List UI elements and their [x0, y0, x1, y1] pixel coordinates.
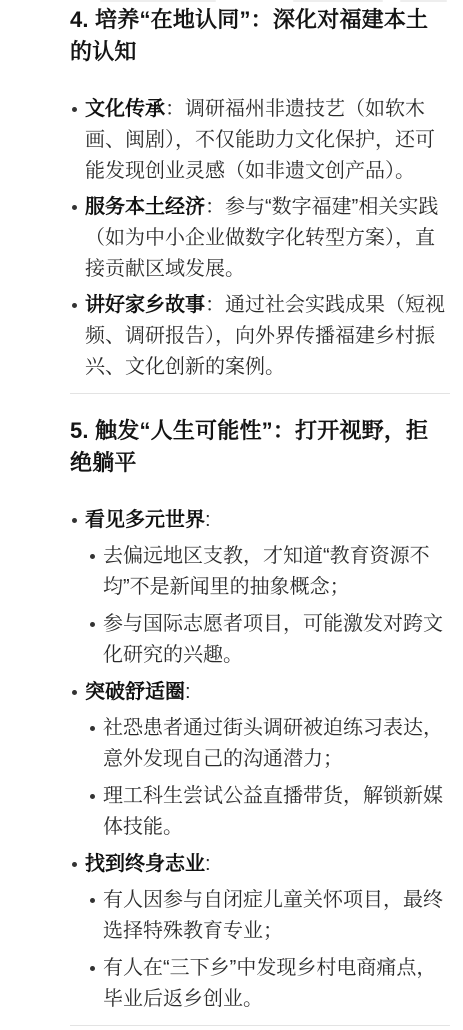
- bullet-term: 看见多元世界: [85, 509, 205, 531]
- sub-bullet-text: 去偏远地区支教，才知道“教育资源不均”不是新闻里的抽象概念；: [103, 541, 450, 603]
- bullet-rest: :: [185, 681, 191, 703]
- sub-bullet-text: 理工科生尝试公益直播带货，解锁新媒体技能。: [103, 781, 450, 843]
- bullet-marker: [90, 622, 95, 627]
- bullet-item: 看见多元世界:: [70, 505, 450, 536]
- sub-bullet-item: 参与国际志愿者项目，可能激发对跨文化研究的兴趣。: [88, 609, 450, 671]
- bullet-text: 讲好家乡故事：通过社会实践成果（短视频、调研报告），向外界传播福建乡村振兴、文化…: [85, 290, 450, 383]
- sub-bullet-item: 有人在“三下乡”中发现乡村电商痛点，毕业后返乡创业。: [88, 953, 450, 1015]
- sub-bullet-list: 有人因参与自闭症儿童关怀项目，最终选择特殊教育专业； 有人在“三下乡”中发现乡村…: [88, 885, 450, 1015]
- bullet-list-section-5: 看见多元世界: 去偏远地区支教，才知道“教育资源不均”不是新闻里的抽象概念； 参…: [70, 505, 450, 1015]
- bullet-marker: [90, 966, 95, 971]
- bullet-item: 讲好家乡故事：通过社会实践成果（短视频、调研报告），向外界传播福建乡村振兴、文化…: [70, 290, 450, 383]
- sub-bullet-text: 社恐患者通过街头调研被迫练习表达，意外发现自己的沟通潜力；: [103, 713, 450, 775]
- bullet-text: 突破舒适圈:: [85, 677, 450, 708]
- bullet-term: 讲好家乡故事: [85, 294, 205, 316]
- bullet-list-section-4: 文化传承：调研福州非遗技艺（如软木画、闽剧），不仅能助力文化保护，还可能发现创业…: [70, 94, 450, 383]
- bullet-marker: [72, 205, 77, 210]
- sub-bullet-text: 有人因参与自闭症儿童关怀项目，最终选择特殊教育专业；: [103, 885, 450, 947]
- sub-bullet-item: 有人因参与自闭症儿童关怀项目，最终选择特殊教育专业；: [88, 885, 450, 947]
- bullet-text: 服务本土经济：参与“数字福建”相关实践（如为中小企业做数字化转型方案），直接贡献…: [85, 192, 450, 285]
- bullet-marker: [90, 898, 95, 903]
- bullet-text: 看见多元世界:: [85, 505, 450, 536]
- document-body: 4. 培养“在地认同”：深化对福建本土的认知 文化传承：调研福州非遗技艺（如软木…: [0, 0, 463, 1026]
- sub-bullet-text: 有人在“三下乡”中发现乡村电商痛点，毕业后返乡创业。: [103, 953, 450, 1015]
- bullet-text: 找到终身志业:: [85, 849, 450, 880]
- bullet-marker: [90, 794, 95, 799]
- sub-bullet-list: 去偏远地区支教，才知道“教育资源不均”不是新闻里的抽象概念； 参与国际志愿者项目…: [88, 541, 450, 671]
- section-heading-5: 5. 触发“人生可能性”：打开视野，拒绝躺平: [70, 415, 450, 479]
- bullet-marker: [72, 690, 77, 695]
- cropped-text-fragment: [400, 0, 447, 2]
- cropped-text-artifact: [0, 0, 463, 4]
- section-heading-4: 4. 培养“在地认同”：深化对福建本土的认知: [70, 4, 450, 68]
- bullet-item: 文化传承：调研福州非遗技艺（如软木画、闽剧），不仅能助力文化保护，还可能发现创业…: [70, 94, 450, 187]
- section-divider: [70, 1025, 450, 1026]
- cropped-text-fragment: [293, 0, 383, 2]
- sub-bullet-item: 去偏远地区支教，才知道“教育资源不均”不是新闻里的抽象概念；: [88, 541, 450, 603]
- bullet-marker: [90, 554, 95, 559]
- bullet-term: 突破舒适圈: [85, 681, 185, 703]
- bullet-rest: :: [205, 509, 211, 531]
- bullet-item: 突破舒适圈:: [70, 677, 450, 708]
- bullet-term: 找到终身志业: [85, 853, 205, 875]
- bullet-marker: [72, 862, 77, 867]
- bullet-marker: [72, 518, 77, 523]
- bullet-text: 文化传承：调研福州非遗技艺（如软木画、闽剧），不仅能助力文化保护，还可能发现创业…: [85, 94, 450, 187]
- bullet-item: 服务本土经济：参与“数字福建”相关实践（如为中小企业做数字化转型方案），直接贡献…: [70, 192, 450, 285]
- bullet-marker: [72, 107, 77, 112]
- cropped-text-fragment: [100, 0, 216, 2]
- sub-bullet-item: 理工科生尝试公益直播带货，解锁新媒体技能。: [88, 781, 450, 843]
- bullet-rest: :: [205, 853, 211, 875]
- sub-bullet-list: 社恐患者通过街头调研被迫练习表达，意外发现自己的沟通潜力； 理工科生尝试公益直播…: [88, 713, 450, 843]
- bullet-item: 找到终身志业:: [70, 849, 450, 880]
- section-divider: [70, 393, 450, 394]
- bullet-term: 服务本土经济: [85, 196, 205, 218]
- sub-bullet-item: 社恐患者通过街头调研被迫练习表达，意外发现自己的沟通潜力；: [88, 713, 450, 775]
- bullet-marker: [90, 726, 95, 731]
- sub-bullet-text: 参与国际志愿者项目，可能激发对跨文化研究的兴趣。: [103, 609, 450, 671]
- bullet-marker: [72, 303, 77, 308]
- bullet-term: 文化传承: [85, 98, 165, 120]
